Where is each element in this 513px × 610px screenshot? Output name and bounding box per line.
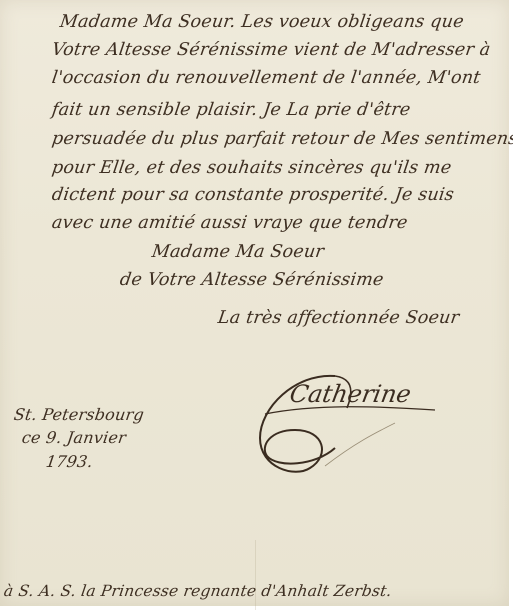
signature: Catherine [288, 380, 414, 408]
date: ce 9. Janvier [21, 428, 128, 447]
body-line: avec une amitié aussi vraye que tendre [51, 213, 409, 233]
closing-line-1: Madame Ma Soeur [151, 242, 326, 262]
body-line: fait un sensible plaisir. Je La prie d'ê… [51, 100, 412, 120]
year: 1793. [45, 452, 94, 471]
letter-paper: Madame Ma Soeur. Les voeux obligeans que… [0, 0, 509, 606]
address-line: à S. A. S. la Princesse regnante d'Anhal… [3, 582, 393, 600]
closing-line-2: de Votre Altesse Sérénissime [119, 270, 385, 290]
place: St. Petersbourg [13, 405, 146, 424]
body-line: l'occasion du renouvellement de l'année,… [51, 68, 482, 88]
body-line: pour Elle, et des souhaits sincères qu'i… [51, 158, 453, 178]
body-line: Votre Altesse Sérénissime vient de M'adr… [51, 40, 492, 60]
closing-line-3: La très affectionnée Soeur [217, 308, 461, 328]
body-line: persuadée du plus parfait retour de Mes … [51, 129, 513, 149]
salutation-line: Madame Ma Soeur. Les voeux obligeans que [59, 12, 466, 32]
body-line: dictent pour sa constante prosperité. Je… [51, 185, 456, 205]
